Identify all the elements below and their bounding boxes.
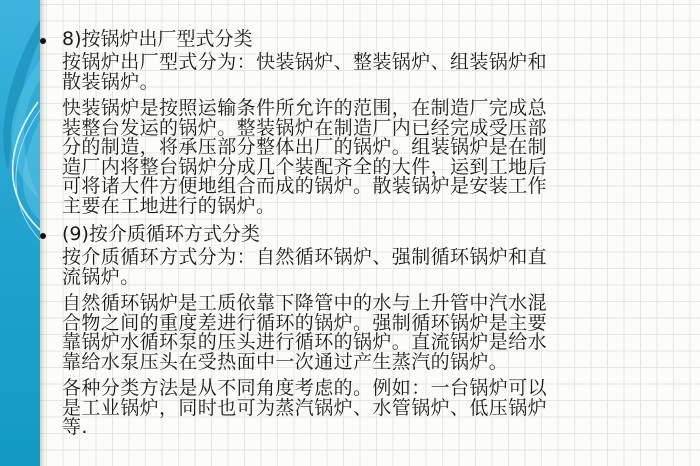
paragraph: 自然循环锅炉是工质依靠下降管中的水与上升管中汽水混 合物之间的重度差进行循环的锅… (62, 294, 632, 372)
text-line: 快装锅炉是按照运输条件所允许的范围，在制造厂完成总 (62, 99, 632, 119)
swoosh-decoration-icon (0, 0, 40, 466)
section-medium-circulation: (9)按介质循环方式分类 按介质循环方式分为：自然循环锅炉、强制循环锅炉和直 流… (62, 223, 632, 438)
text-line: 散装锅炉。 (62, 73, 632, 93)
text-line: 按介质循环方式分为：自然循环锅炉、强制循环锅炉和直 (62, 248, 632, 268)
text-line: 流锅炉。 (62, 268, 632, 288)
paragraph: 各种分类方法是从不同角度考虑的。例如：一台锅炉可以 是工业锅炉，同时也可为蒸汽锅… (62, 379, 632, 438)
text-line: 分的制造，将承压部分整体出厂的锅炉。组装锅炉是在制 (62, 138, 632, 158)
text-line: 等. (62, 418, 632, 438)
paragraph: 按锅炉出厂型式分为：快装锅炉、整装锅炉、组装锅炉和 散装锅炉。 (62, 53, 632, 92)
text-line: 主要在工地进行的锅炉。 (62, 197, 632, 217)
paragraph: 按介质循环方式分为：自然循环锅炉、强制循环锅炉和直 流锅炉。 (62, 248, 632, 287)
paragraph: 快装锅炉是按照运输条件所允许的范围，在制造厂完成总 装整台发运的锅炉。整装锅炉在… (62, 99, 632, 216)
bullet-icon (40, 233, 46, 239)
bullet-icon (40, 38, 46, 44)
text-line: 靠给水泵压头在受热面中一次通过产生蒸汽的锅炉。 (62, 353, 632, 373)
text-line: 自然循环锅炉是工质依靠下降管中的水与上升管中汽水混 (62, 294, 632, 314)
slide-content: 8)按锅炉出厂型式分类 按锅炉出厂型式分为：快装锅炉、整装锅炉、组装锅炉和 散装… (62, 28, 632, 445)
text-line: 各种分类方法是从不同角度考虑的。例如：一台锅炉可以 (62, 379, 632, 399)
text-line: 是工业锅炉，同时也可为蒸汽锅炉、水管锅炉、低压锅炉 (62, 399, 632, 419)
section-boiler-factory-form: 8)按锅炉出厂型式分类 按锅炉出厂型式分为：快装锅炉、整装锅炉、组装锅炉和 散装… (62, 28, 632, 216)
section-heading: (9)按介质循环方式分类 (62, 223, 632, 245)
section-heading: 8)按锅炉出厂型式分类 (62, 28, 632, 50)
text-line: 按锅炉出厂型式分为：快装锅炉、整装锅炉、组装锅炉和 (62, 53, 632, 73)
text-line: 靠锅炉水循环泵的压头进行循环的锅炉。直流锅炉是给水 (62, 333, 632, 353)
slide: 8)按锅炉出厂型式分类 按锅炉出厂型式分为：快装锅炉、整装锅炉、组装锅炉和 散装… (0, 0, 700, 466)
text-line: 可将诸大件方便地组合而成的锅炉。散装锅炉是安装工作 (62, 177, 632, 197)
decorative-side-strip (0, 0, 40, 466)
